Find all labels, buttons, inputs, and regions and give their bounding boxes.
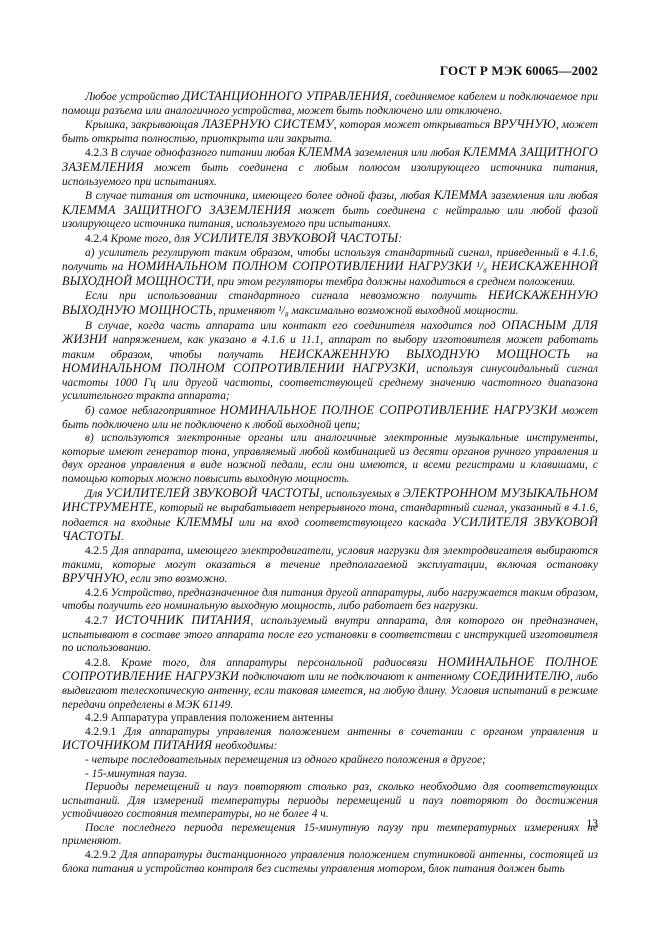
item-v: в) используются электронные органы или а… bbox=[62, 432, 598, 486]
item-a: а) усилитель регулируют таким образом, ч… bbox=[62, 247, 598, 290]
clause-number: 4.2.8. bbox=[85, 657, 111, 669]
clause-4-2-8: 4.2.8. Кроме того, для аппаратуры персон… bbox=[62, 656, 598, 712]
clause-number: 4.2.7 bbox=[85, 615, 108, 627]
item-b: б) самое неблагоприятное НОМИНАЛЬНОЕ ПОЛ… bbox=[62, 404, 598, 432]
clause-number: 4.2.3 bbox=[85, 147, 108, 159]
clause-4-2-9-2: 4.2.9.2 Для аппаратуры дистанционного уп… bbox=[62, 849, 598, 876]
paragraph-periods: Периоды перемещений и пауз повторяют сто… bbox=[62, 781, 598, 822]
clause-4-2-3: 4.2.3 В случае однофазного питании любая… bbox=[62, 146, 598, 189]
clause-number: 4.2.9.2 bbox=[85, 849, 116, 861]
paragraph-hazardous-voltage: В случае, когда часть аппарата или конта… bbox=[62, 319, 598, 405]
clause-number: 4.2.9 bbox=[85, 712, 108, 724]
clause-4-2-5: 4.2.5 Для аппарата, имеющего электродвиг… bbox=[62, 545, 598, 587]
page-number: 13 bbox=[587, 818, 599, 830]
document-body: Любое устройство ДИСТАНЦИОННОГО УПРАВЛЕН… bbox=[62, 90, 598, 876]
paragraph-laser-cover: Крышка, закрывающая ЛАЗЕРНУЮ СИСТЕМУ, ко… bbox=[62, 118, 598, 146]
clause-4-2-7: 4.2.7 ИСТОЧНИК ПИТАНИЯ, используемый вну… bbox=[62, 614, 598, 656]
list-item-pause: - 15-минутная пауза. bbox=[62, 768, 598, 782]
document-header-standard-id: ГОСТ Р МЭК 60065—2002 bbox=[440, 63, 598, 79]
clause-number: 4.2.5 bbox=[85, 545, 108, 557]
clause-number: 4.2.6 bbox=[85, 587, 108, 599]
clause-number: 4.2.4 bbox=[85, 233, 108, 245]
clause-4-2-4: 4.2.4 Кроме того, для УСИЛИТЕЛЯ ЗВУКОВОЙ… bbox=[62, 232, 598, 247]
clause-4-2-9-1: 4.2.9.1 Для аппаратуры управления положе… bbox=[62, 726, 598, 754]
clause-4-2-9-heading: 4.2.9 Аппаратура управления положением а… bbox=[62, 712, 598, 726]
paragraph-last-period: После последнего периода перемещения 15-… bbox=[62, 822, 598, 849]
paragraph-musical-instrument: Для УСИЛИТЕЛЕЙ ЗВУКОВОЙ ЧАСТОТЫ, использ… bbox=[62, 487, 598, 545]
list-item-movements: - четыре последовательных перемещения из… bbox=[62, 754, 598, 768]
clause-4-2-6: 4.2.6 Устройство, предназначенное для пи… bbox=[62, 587, 598, 614]
paragraph-standard-signal: Если при использовании стандартного сигн… bbox=[62, 289, 598, 318]
clause-number: 4.2.9.1 bbox=[85, 726, 116, 738]
paragraph-multiphase: В случае питания от источника, имеющего … bbox=[62, 189, 598, 232]
paragraph-remote-control: Любое устройство ДИСТАНЦИОННОГО УПРАВЛЕН… bbox=[62, 90, 598, 118]
